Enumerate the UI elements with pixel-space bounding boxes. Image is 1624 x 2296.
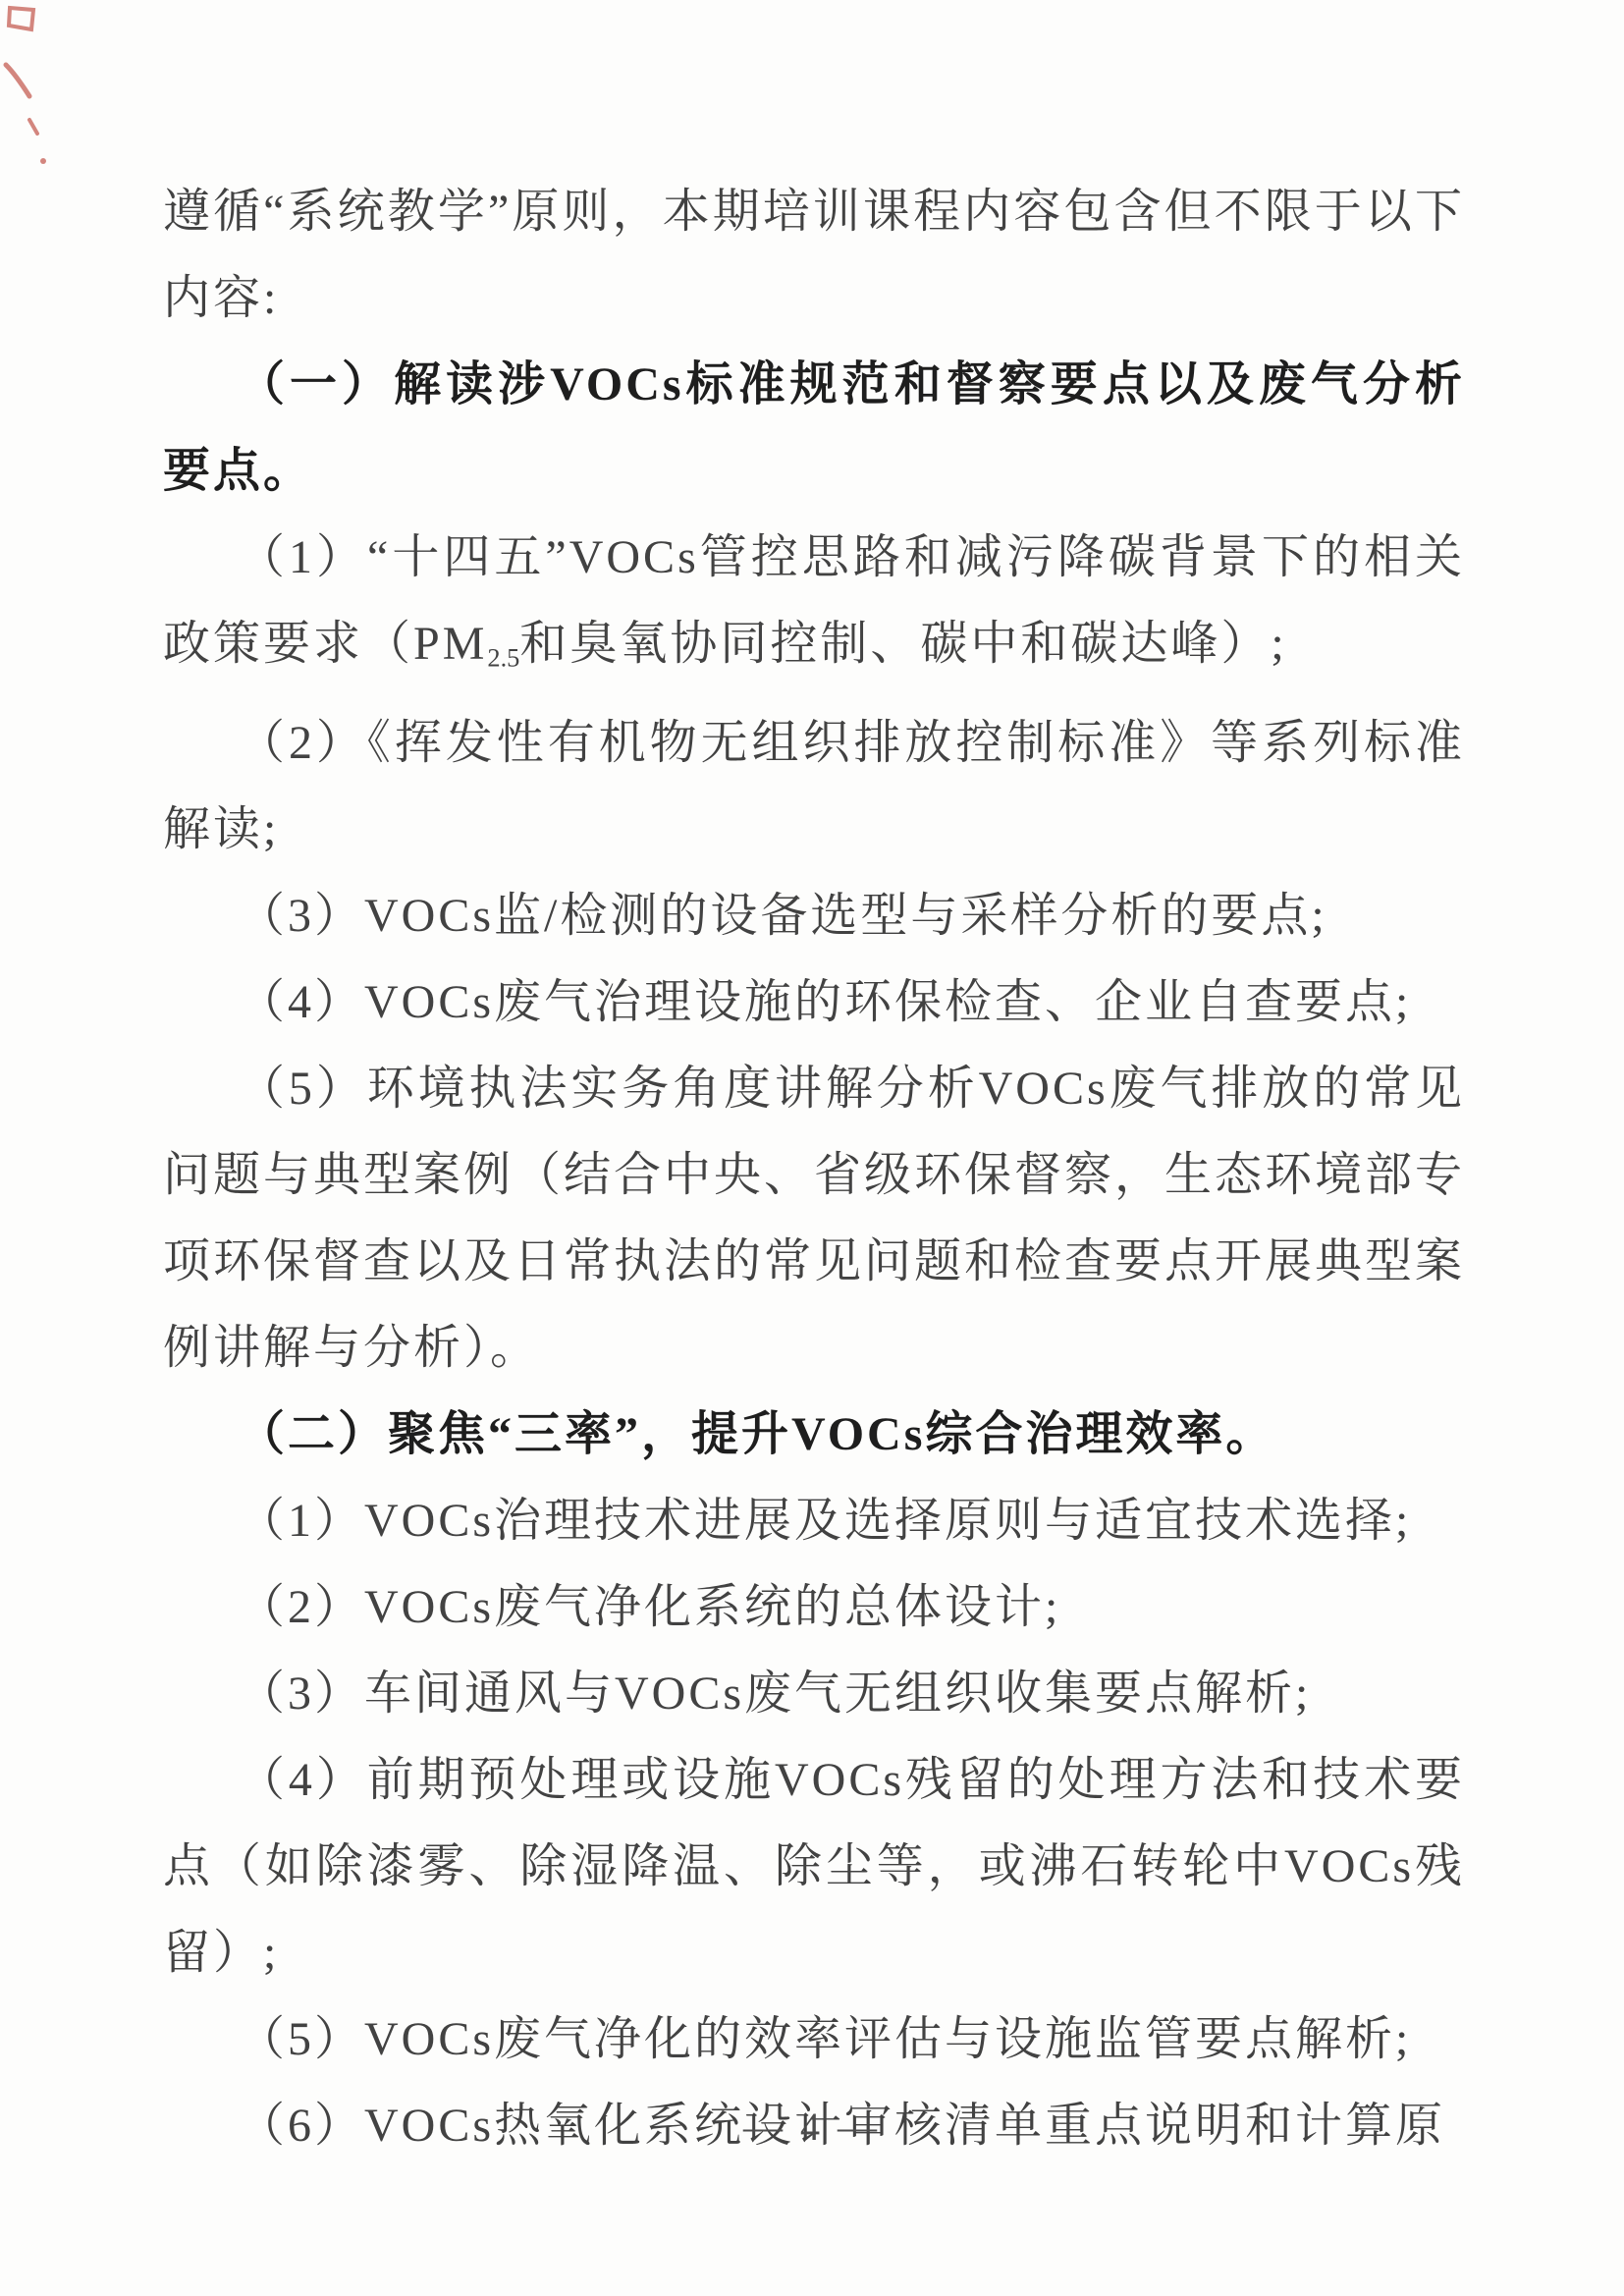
section-2-item-3: （3）车间通风与VOCs废气无组织收集要点解析; (163, 1651, 1465, 1737)
section-2-item-2: （2）VOCs废气净化系统的总体设计; (163, 1564, 1465, 1651)
page-number: — 4 — (0, 2104, 1624, 2150)
stamp-dot (40, 158, 46, 164)
item-text-post: 和臭氧协同控制、碳中和碳达峰）; (519, 618, 1286, 670)
red-stamp-artifact (2, 4, 61, 191)
section-1-item-3: （3）VOCs监/检测的设备选型与采样分析的要点; (163, 873, 1465, 959)
section-2-item-1: （1）VOCs治理技术进展及选择原则与适宜技术选择; (163, 1478, 1465, 1564)
section-1-heading: （一）解读涉VOCs标准规范和督察要点以及废气分析要点。 (163, 342, 1465, 515)
section-1-item-2: （2）《挥发性有机物无组织排放控制标准》等系列标准解读; (163, 700, 1465, 873)
stamp-stroke (6, 65, 29, 96)
pm25-subscript: 2.5 (487, 642, 519, 672)
stamp-stroke (9, 8, 33, 29)
section-2-heading: （二）聚焦“三率”，提升VOCs综合治理效率。 (163, 1392, 1465, 1478)
stamp-stroke (29, 120, 37, 134)
section-2-item-4: （4）前期预处理或设施VOCs残留的处理方法和技术要点（如除漆雾、除湿降温、除尘… (163, 1737, 1465, 1996)
document-body: 遵循“系统教学”原则，本期培训课程内容包含但不限于以下内容: （一）解读涉VOC… (163, 169, 1465, 2169)
intro-paragraph: 遵循“系统教学”原则，本期培训课程内容包含但不限于以下内容: (163, 169, 1465, 342)
section-2-item-5: （5）VOCs废气净化的效率评估与设施监管要点解析; (163, 1996, 1465, 2083)
section-1-item-4: （4）VOCs废气治理设施的环保检查、企业自查要点; (163, 959, 1465, 1046)
document-page: 遵循“系统教学”原则，本期培训课程内容包含但不限于以下内容: （一）解读涉VOC… (0, 0, 1624, 2296)
section-1-item-5: （5）环境执法实务角度讲解分析VOCs废气排放的常见问题与典型案例（结合中央、省… (163, 1046, 1465, 1392)
section-1-item-1: （1）“十四五”VOCs管控思路和减污降碳背景下的相关政策要求（PM2.5和臭氧… (163, 515, 1465, 700)
